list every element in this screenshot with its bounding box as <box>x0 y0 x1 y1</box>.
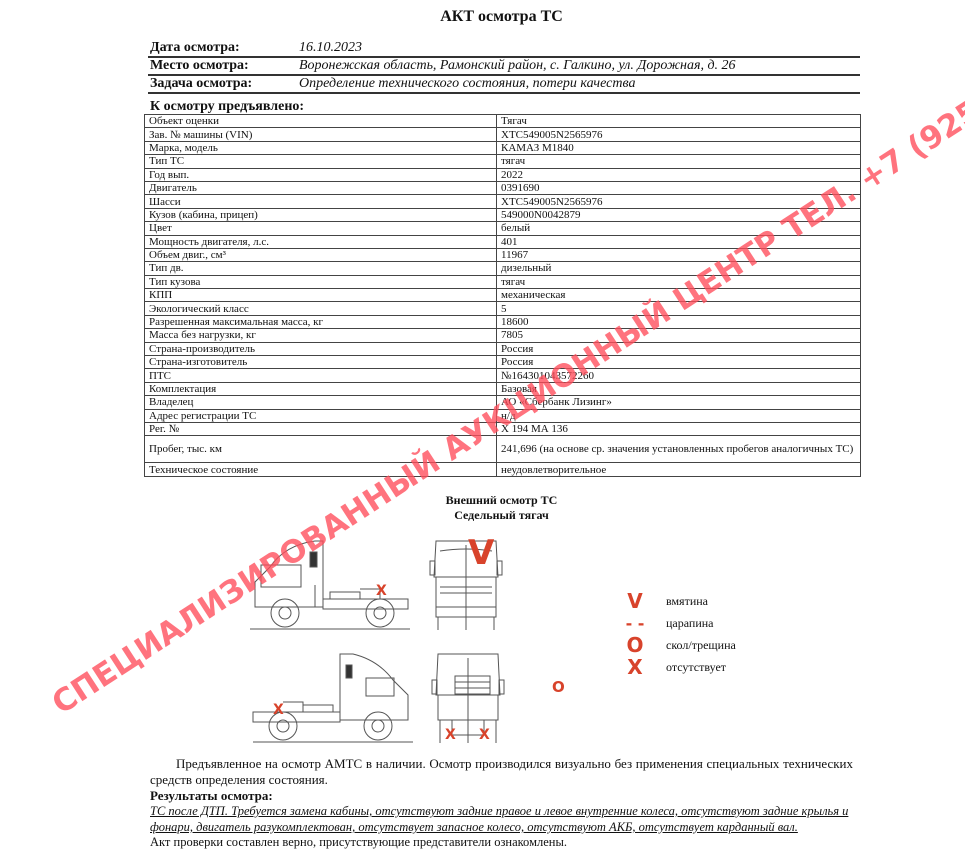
table-row: Рег. №Х 194 МА 136 <box>145 422 861 435</box>
table-row: ВладелецАО «Сбербанк Лизинг» <box>145 396 861 409</box>
results-heading: Результаты осмотра: <box>150 788 273 804</box>
table-row: Мощность двигателя, л.с.401 <box>145 235 861 248</box>
table-row: Двигатель0391690 <box>145 181 861 194</box>
spec-label: Рег. № <box>145 422 497 435</box>
truck-side-view-right-drawing <box>248 650 418 745</box>
spec-value: КАМАЗ М1840 <box>497 141 861 154</box>
spec-label: Тип ТС <box>145 155 497 168</box>
chip-mark-icon: O <box>552 678 565 696</box>
header-row-task: Задача осмотра: Определение технического… <box>148 75 860 93</box>
document-title: АКТ осмотра ТС <box>0 8 965 26</box>
spec-label: Марка, модель <box>145 141 497 154</box>
spec-value: АО «Сбербанк Лизинг» <box>497 396 861 409</box>
spec-value: Тягач <box>497 115 861 128</box>
table-row: Тип кузоватягач <box>145 275 861 288</box>
spec-value: 401 <box>497 235 861 248</box>
missing-mark-icon: X <box>479 727 490 743</box>
spec-value: 549000N0042879 <box>497 208 861 221</box>
missing-mark-icon: X <box>445 727 456 743</box>
table-row: КППмеханическая <box>145 289 861 302</box>
spec-value: Базовая <box>497 382 861 395</box>
spec-label: Техническое состояние <box>145 463 497 476</box>
spec-label: Тип дв. <box>145 262 497 275</box>
table-row: Техническое состояниенеудовлетворительно… <box>145 463 861 476</box>
truck-side-view-left-drawing <box>245 537 415 632</box>
table-row: Страна-изготовительРоссия <box>145 356 861 369</box>
presented-heading: К осмотру предъявлено: <box>150 99 304 115</box>
spec-label: Объем двиг., см³ <box>145 248 497 261</box>
spec-value: тягач <box>497 275 861 288</box>
truck-rear-view-drawing <box>430 650 506 745</box>
spec-label: Год вып. <box>145 168 497 181</box>
missing-mark-icon: X <box>273 702 284 718</box>
table-row: Разрешенная максимальная масса, кг18600 <box>145 315 861 328</box>
spec-value: Россия <box>497 356 861 369</box>
table-row: Экологический класс5 <box>145 302 861 315</box>
scratch-mark-icon: - - <box>620 614 650 633</box>
inspection-header: Дата осмотра: 16.10.2023 Место осмотра: … <box>148 40 860 94</box>
spec-label: Зав. № машины (VIN) <box>145 128 497 141</box>
header-value: 16.10.2023 <box>297 40 860 57</box>
spec-value: 11967 <box>497 248 861 261</box>
spec-value: неудовлетворительное <box>497 463 861 476</box>
table-row: Страна-производительРоссия <box>145 342 861 355</box>
spec-value: 2022 <box>497 168 861 181</box>
spec-value: дизельный <box>497 262 861 275</box>
table-row: Объем двиг., см³11967 <box>145 248 861 261</box>
spec-label: Двигатель <box>145 181 497 194</box>
table-row: Тип дв.дизельный <box>145 262 861 275</box>
legend-label: отсутствует <box>666 660 726 675</box>
spec-label: Шасси <box>145 195 497 208</box>
dent-mark-icon: V <box>468 533 494 573</box>
spec-label: Страна-изготовитель <box>145 356 497 369</box>
spec-label: Мощность двигателя, л.с. <box>145 235 497 248</box>
spec-label: Адрес регистрации ТС <box>145 409 497 422</box>
spec-label: Экологический класс <box>145 302 497 315</box>
table-row: Цветбелый <box>145 222 861 235</box>
legend-label: вмятина <box>666 594 708 609</box>
legend-item-missing: X отсутствует <box>620 656 736 678</box>
legend-label: скол/трещина <box>666 638 736 653</box>
legend-label: царапина <box>666 616 714 631</box>
spec-label: КПП <box>145 289 497 302</box>
table-row: ПТС№164301043572260 <box>145 369 861 382</box>
header-value: Воронежская область, Рамонский район, с.… <box>297 57 860 75</box>
spec-value: н/д <box>497 409 861 422</box>
spec-value: Россия <box>497 342 861 355</box>
spec-label: Комплектация <box>145 382 497 395</box>
chip-mark-icon: O <box>620 633 650 657</box>
spec-value: XTC549005N2565976 <box>497 128 861 141</box>
table-row: Год вып.2022 <box>145 168 861 181</box>
damage-legend: V вмятина - - царапина O скол/трещина X … <box>620 590 736 678</box>
table-row: Зав. № машины (VIN)XTC549005N2565976 <box>145 128 861 141</box>
header-row-date: Дата осмотра: 16.10.2023 <box>148 40 860 57</box>
spec-value: 7805 <box>497 329 861 342</box>
spec-label: Цвет <box>145 222 497 235</box>
table-row: Тип ТСтягач <box>145 155 861 168</box>
header-label: Задача осмотра: <box>148 75 297 93</box>
header-value: Определение технического состояния, поте… <box>297 75 860 93</box>
spec-value: 241,696 (на основе ср. значения установл… <box>497 436 861 463</box>
spec-label: Масса без нагрузки, кг <box>145 329 497 342</box>
spec-value: XTC549005N2565976 <box>497 195 861 208</box>
table-row: Адрес регистрации ТСн/д <box>145 409 861 422</box>
table-row: Масса без нагрузки, кг7805 <box>145 329 861 342</box>
vehicle-specs-table: Объект оценкиТягачЗав. № машины (VIN)XTC… <box>144 114 861 477</box>
table-row: Объект оценкиТягач <box>145 115 861 128</box>
spec-label: Страна-производитель <box>145 342 497 355</box>
spec-value: 18600 <box>497 315 861 328</box>
missing-mark-icon: X <box>620 655 650 679</box>
spec-label: Объект оценки <box>145 115 497 128</box>
exterior-subtitle: Седельный тягач <box>0 508 965 523</box>
spec-value: №164301043572260 <box>497 369 861 382</box>
spec-value: Х 194 МА 136 <box>497 422 861 435</box>
legend-item-chip: O скол/трещина <box>620 634 736 656</box>
spec-label: Разрешенная максимальная масса, кг <box>145 315 497 328</box>
closing-statement: Акт проверки составлен верно, присутству… <box>150 835 567 850</box>
spec-value: тягач <box>497 155 861 168</box>
table-row: Кузов (кабина, прицеп)549000N0042879 <box>145 208 861 221</box>
spec-value: механическая <box>497 289 861 302</box>
header-row-place: Место осмотра: Воронежская область, Рамо… <box>148 57 860 75</box>
header-label: Дата осмотра: <box>148 40 297 57</box>
spec-value: 0391690 <box>497 181 861 194</box>
spec-value: белый <box>497 222 861 235</box>
spec-label: Кузов (кабина, прицеп) <box>145 208 497 221</box>
table-row: Пробег, тыс. км241,696 (на основе ср. зн… <box>145 436 861 463</box>
exterior-title: Внешний осмотр ТС <box>0 493 965 508</box>
dent-mark-icon: V <box>620 589 650 613</box>
spec-label: Владелец <box>145 396 497 409</box>
table-row: КомплектацияБазовая <box>145 382 861 395</box>
spec-value: 5 <box>497 302 861 315</box>
table-row: Марка, модельКАМАЗ М1840 <box>145 141 861 154</box>
spec-label: ПТС <box>145 369 497 382</box>
missing-mark-icon: X <box>376 583 387 599</box>
legend-item-scratch: - - царапина <box>620 612 736 634</box>
results-text: ТС после ДТП. Требуется замена кабины, о… <box>150 803 855 835</box>
legend-item-dent: V вмятина <box>620 590 736 612</box>
table-row: ШассиXTC549005N2565976 <box>145 195 861 208</box>
inspection-paragraph: Предъявленное на осмотр АМТС в наличии. … <box>150 756 853 788</box>
header-label: Место осмотра: <box>148 57 297 75</box>
spec-label: Тип кузова <box>145 275 497 288</box>
spec-label: Пробег, тыс. км <box>145 436 497 463</box>
